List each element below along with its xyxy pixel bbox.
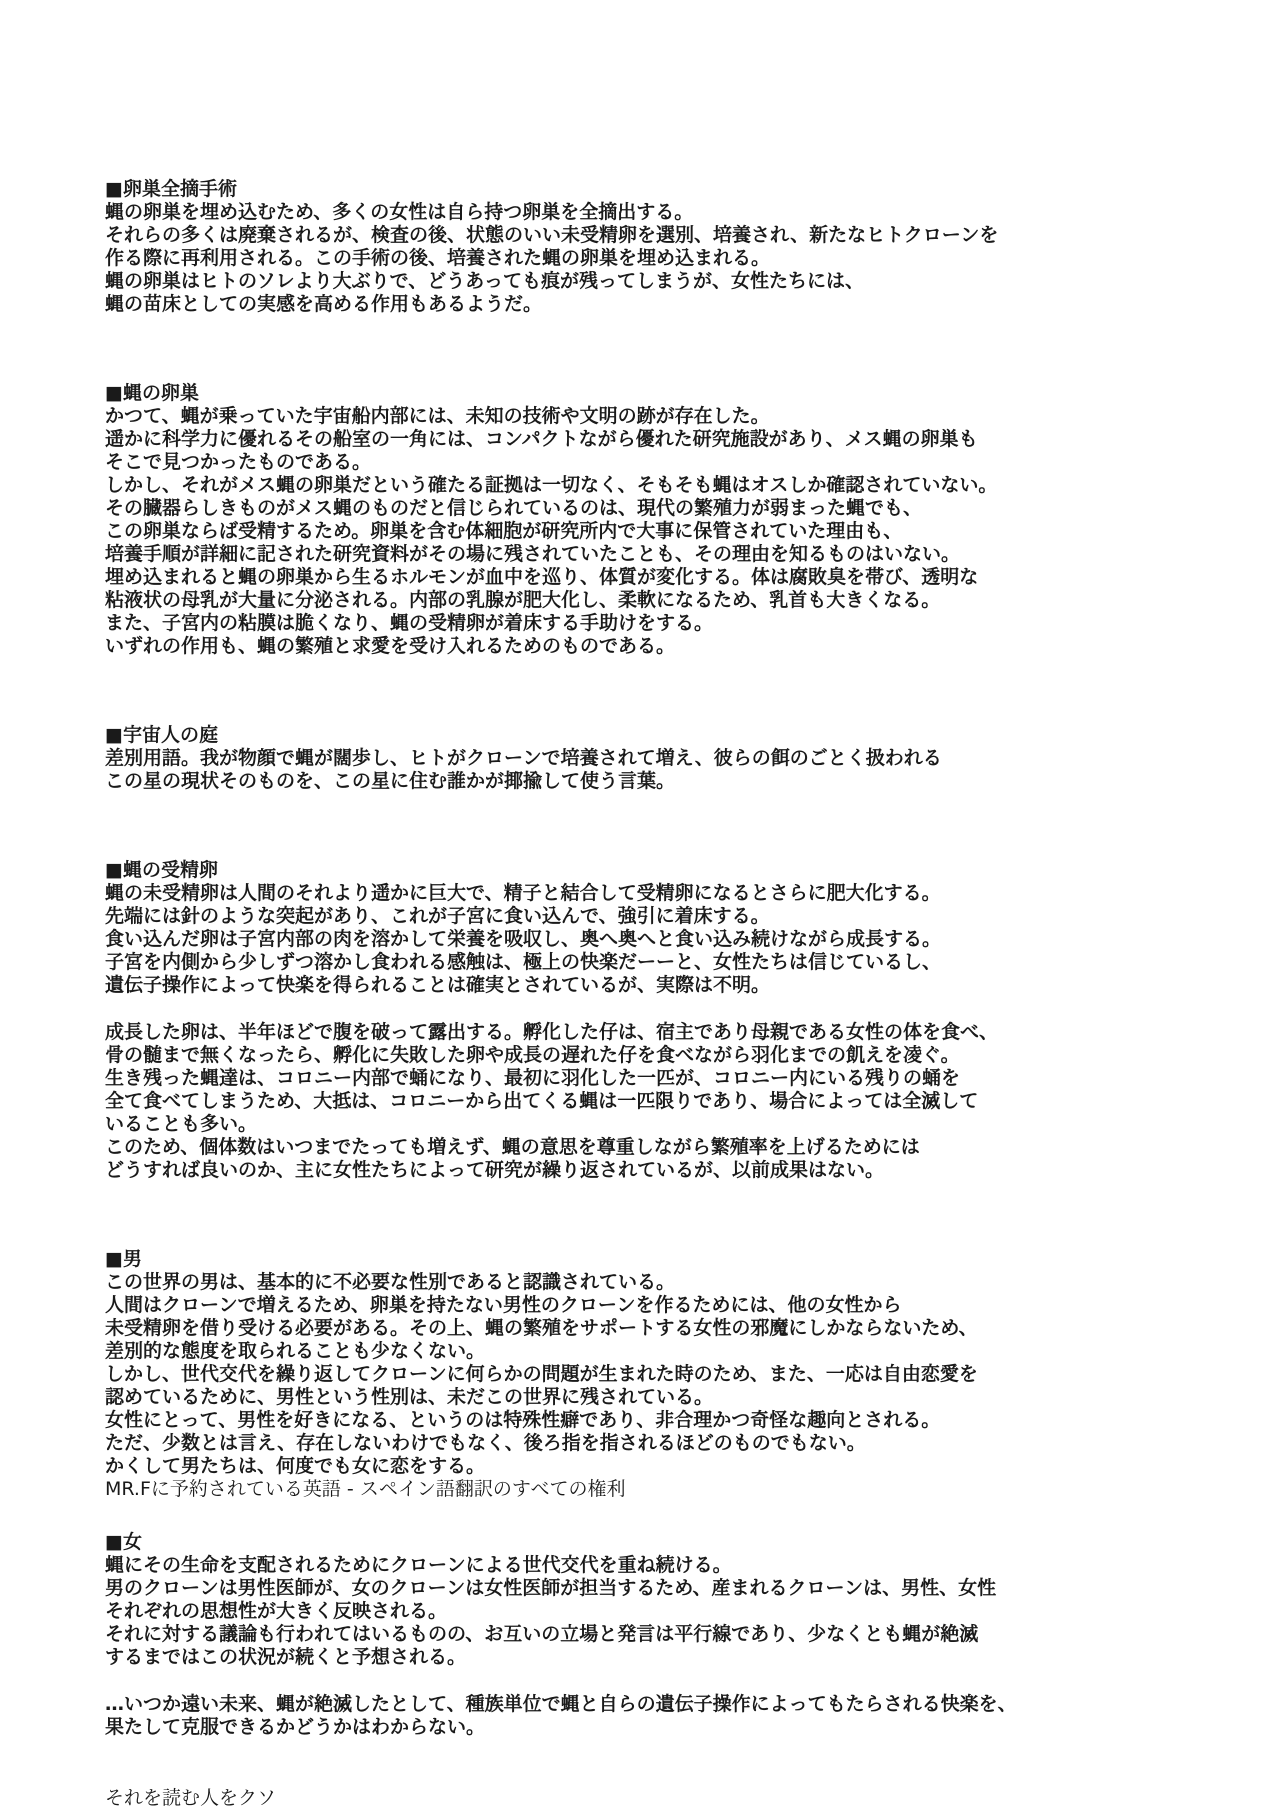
paragraph: …いつか遠い未来、蝿が絶滅したとして、種族単位で蝿と自らの遺伝子操作によってもた… <box>105 1693 1270 1739</box>
document-section: ■卵巣全摘手術 蝿の卵巣を埋め込むため、多くの女性は自ら持つ卵巣を全摘出する。そ… <box>105 178 1270 316</box>
text-line: 女性にとって、男性を好きになる、というのは特殊性癖であり、非合理かつ奇怪な趣向と… <box>105 1409 1270 1432</box>
document-content: ■卵巣全摘手術 蝿の卵巣を埋め込むため、多くの女性は自ら持つ卵巣を全摘出する。そ… <box>0 0 1280 1807</box>
text-line: 男のクローンは男性医師が、女のクローンは女性医師が担当するため、産まれるクローン… <box>105 1577 1270 1600</box>
text-line: 果たして克服できるかどうかはわからない。 <box>105 1716 1270 1739</box>
text-line: しかし、世代交代を繰り返してクローンに何らかの問題が生まれた時のため、また、一応… <box>105 1363 1270 1386</box>
text-line: その臓器らしきものがメス蝿のものだと信じられているのは、現代の繁殖力が弱まった蝿… <box>105 497 1270 520</box>
text-line: 生き残った蝿達は、コロニー内部で蛹になり、最初に羽化した一匹が、コロニー内にいる… <box>105 1067 1270 1090</box>
paragraph: 成長した卵は、半年ほどで腹を破って露出する。孵化した仔は、宿主であり母親である女… <box>105 1021 1270 1182</box>
text-line: それに対する議論も行われてはいるものの、お互いの立場と発言は平行線であり、少なく… <box>105 1623 1270 1646</box>
text-line: 差別用語。我が物顔で蝿が闊歩し、ヒトがクローンで培養されて増え、彼らの餌のごとく… <box>105 747 1270 770</box>
text-line: いることも多い。 <box>105 1113 1270 1136</box>
text-line: 未受精卵を借り受ける必要がある。その上、蝿の繁殖をサポートする女性の邪魔にしかな… <box>105 1317 1270 1340</box>
section-heading: ■女 <box>105 1531 1270 1554</box>
text-line: 食い込んだ卵は子宮内部の肉を溶かして栄養を吸収し、奥へ奥へと食い込み続けながら成… <box>105 928 1270 951</box>
text-line: 蝿の未受精卵は人間のそれより遥かに巨大で、精子と結合して受精卵になるとさらに肥大… <box>105 882 1270 905</box>
text-line: 遺伝子操作によって快楽を得られることは確実とされているが、実際は不明。 <box>105 974 1270 997</box>
text-line: 蝿の卵巣はヒトのソレより大ぶりで、どうあっても痕が残ってしまうが、女性たちには、 <box>105 270 1270 293</box>
document-section: ■蝿の受精卵 蝿の未受精卵は人間のそれより遥かに巨大で、精子と結合して受精卵にな… <box>105 859 1270 1182</box>
footer-note: それを読む人をクソ <box>105 1787 1270 1807</box>
text-line: どうすれば良いのか、主に女性たちによって研究が繰り返されているが、以前成果はない… <box>105 1159 1270 1182</box>
text-line: 蝿の苗床としての実感を高める作用もあるようだ。 <box>105 293 1270 316</box>
text-line: 骨の髄まで無くなったら、孵化に失敗した卵や成長の遅れた仔を食べながら羽化までの飢… <box>105 1044 1270 1067</box>
text-line: 成長した卵は、半年ほどで腹を破って露出する。孵化した仔は、宿主であり母親である女… <box>105 1021 1270 1044</box>
document-section: ■女 蝿にその生命を支配されるためにクローンによる世代交代を重ね続ける。男のクロ… <box>105 1531 1270 1739</box>
text-line: するまではこの状況が続くと予想される。 <box>105 1646 1270 1669</box>
document-page: ■卵巣全摘手術 蝿の卵巣を埋め込むため、多くの女性は自ら持つ卵巣を全摘出する。そ… <box>0 0 1280 1807</box>
text-line: MR.Fに予約されている英語 - スペイン語翻訳のすべての権利 <box>105 1478 1270 1501</box>
paragraph: かつて、蝿が乗っていた宇宙船内部には、未知の技術や文明の跡が存在した。遥かに科学… <box>105 405 1270 658</box>
text-line: 蝿の卵巣を埋め込むため、多くの女性は自ら持つ卵巣を全摘出する。 <box>105 201 1270 224</box>
text-line: この卵巣ならば受精するため。卵巣を含む体細胞が研究所内で大事に保管されていた理由… <box>105 520 1270 543</box>
text-line: それぞれの思想性が大きく反映される。 <box>105 1600 1270 1623</box>
text-line: 作る際に再利用される。この手術の後、培養された蝿の卵巣を埋め込まれる。 <box>105 247 1270 270</box>
paragraph: 蝿にその生命を支配されるためにクローンによる世代交代を重ね続ける。男のクローンは… <box>105 1554 1270 1669</box>
section-heading: ■蝿の卵巣 <box>105 382 1270 405</box>
text-line: それらの多くは廃棄されるが、検査の後、状態のいい未受精卵を選別、培養され、新たな… <box>105 224 1270 247</box>
section-heading: ■蝿の受精卵 <box>105 859 1270 882</box>
text-line: 粘液状の母乳が大量に分泌される。内部の乳腺が肥大化し、柔軟になるため、乳首も大き… <box>105 589 1270 612</box>
text-line: しかし、それがメス蝿の卵巣だという確たる証拠は一切なく、そもそも蝿はオスしか確認… <box>105 474 1270 497</box>
document-section: ■蝿の卵巣 かつて、蝿が乗っていた宇宙船内部には、未知の技術や文明の跡が存在した… <box>105 382 1270 658</box>
text-line: また、子宮内の粘膜は脆くなり、蝿の受精卵が着床する手助けをする。 <box>105 612 1270 635</box>
text-line: ただ、少数とは言え、存在しないわけでもなく、後ろ指を指されるほどのものでもない。 <box>105 1432 1270 1455</box>
text-line: 先端には針のような突起があり、これが子宮に食い込んで、強引に着床する。 <box>105 905 1270 928</box>
document-section: ■宇宙人の庭 差別用語。我が物顔で蝿が闊歩し、ヒトがクローンで培養されて増え、彼… <box>105 724 1270 793</box>
paragraph: 差別用語。我が物顔で蝿が闊歩し、ヒトがクローンで培養されて増え、彼らの餌のごとく… <box>105 747 1270 793</box>
text-line: この星の現状そのものを、この星に住む誰かが揶揄して使う言葉。 <box>105 770 1270 793</box>
text-line: そこで見つかったものである。 <box>105 451 1270 474</box>
paragraph: 蝿の卵巣を埋め込むため、多くの女性は自ら持つ卵巣を全摘出する。それらの多くは廃棄… <box>105 201 1270 316</box>
text-line: 子宮を内側から少しずつ溶かし食われる感触は、極上の快楽だーーと、女性たちは信じて… <box>105 951 1270 974</box>
text-line: 遥かに科学力に優れるその船室の一角には、コンパクトながら優れた研究施設があり、メ… <box>105 428 1270 451</box>
text-line: 蝿にその生命を支配されるためにクローンによる世代交代を重ね続ける。 <box>105 1554 1270 1577</box>
section-heading: ■宇宙人の庭 <box>105 724 1270 747</box>
text-line: かつて、蝿が乗っていた宇宙船内部には、未知の技術や文明の跡が存在した。 <box>105 405 1270 428</box>
text-line: 培養手順が詳細に記された研究資料がその場に残されていたことも、その理由を知るもの… <box>105 543 1270 566</box>
text-line: 人間はクローンで増えるため、卵巣を持たない男性のクローンを作るためには、他の女性… <box>105 1294 1270 1317</box>
paragraph: 蝿の未受精卵は人間のそれより遥かに巨大で、精子と結合して受精卵になるとさらに肥大… <box>105 882 1270 997</box>
text-line: 認めているために、男性という性別は、未だこの世界に残されている。 <box>105 1386 1270 1409</box>
text-line: 埋め込まれると蝿の卵巣から生るホルモンが血中を巡り、体質が変化する。体は腐敗臭を… <box>105 566 1270 589</box>
text-line: このため、個体数はいつまでたっても増えず、蝿の意思を尊重しながら繁殖率を上げるた… <box>105 1136 1270 1159</box>
text-line: かくして男たちは、何度でも女に恋をする。 <box>105 1455 1270 1478</box>
text-line: 差別的な態度を取られることも少なくない。 <box>105 1340 1270 1363</box>
text-line: …いつか遠い未来、蝿が絶滅したとして、種族単位で蝿と自らの遺伝子操作によってもた… <box>105 1693 1270 1716</box>
text-line: この世界の男は、基本的に不必要な性別であると認識されている。 <box>105 1271 1270 1294</box>
text-line: いずれの作用も、蝿の繁殖と求愛を受け入れるためのものである。 <box>105 635 1270 658</box>
section-heading: ■男 <box>105 1248 1270 1271</box>
section-heading: ■卵巣全摘手術 <box>105 178 1270 201</box>
text-line: 全て食べてしまうため、大抵は、コロニーから出てくる蝿は一匹限りであり、場合によっ… <box>105 1090 1270 1113</box>
paragraph: この世界の男は、基本的に不必要な性別であると認識されている。人間はクローンで増え… <box>105 1271 1270 1501</box>
document-section: ■男 この世界の男は、基本的に不必要な性別であると認識されている。人間はクローン… <box>105 1248 1270 1501</box>
